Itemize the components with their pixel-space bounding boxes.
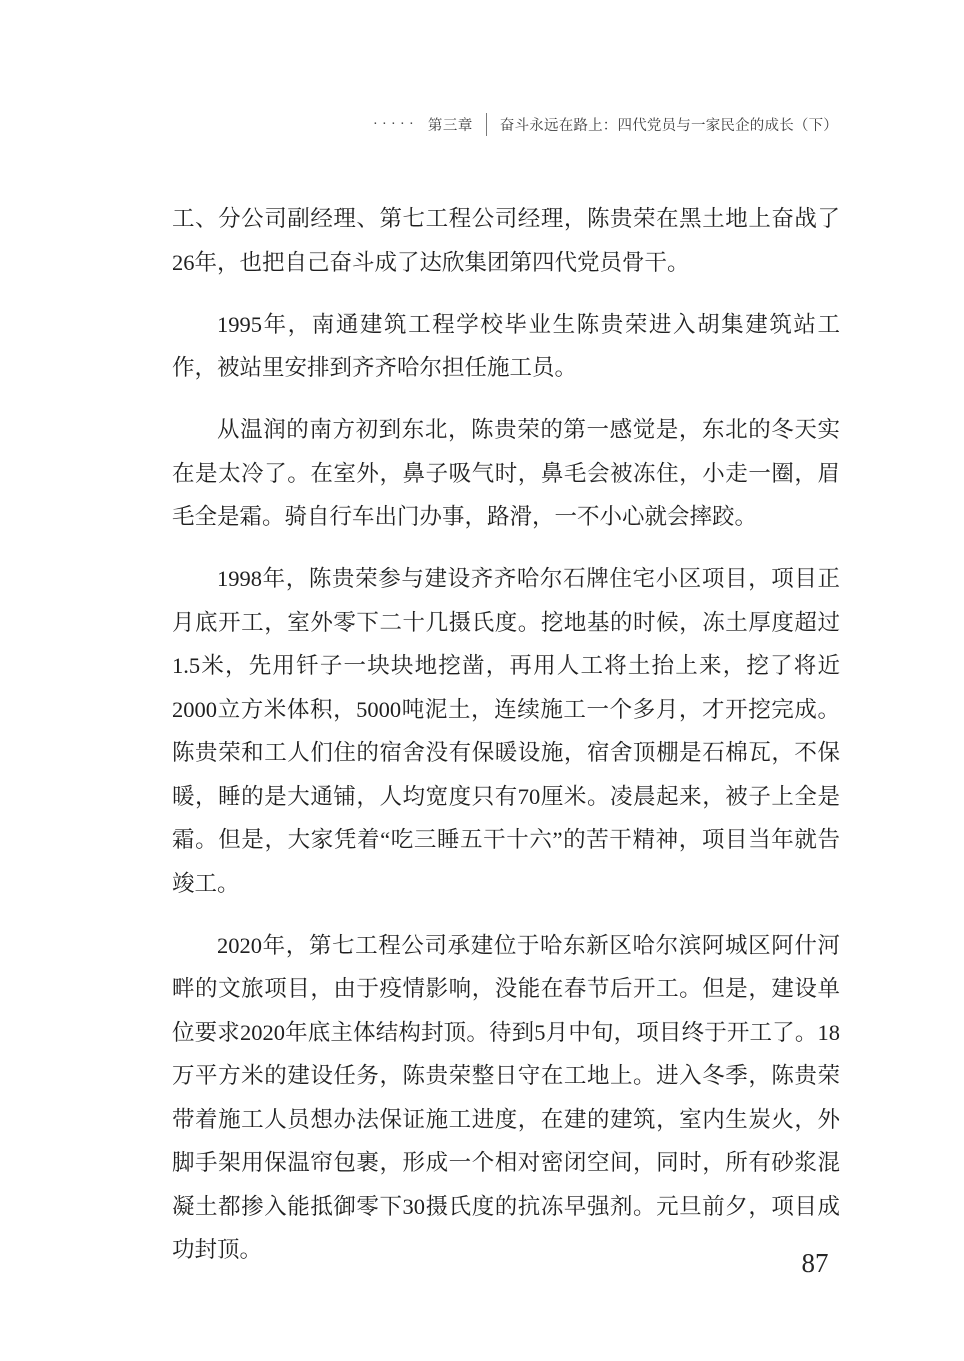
paragraph: 从温润的南方初到东北，陈贵荣的第一感觉是，东北的冬天实在是太冷了。在室外，鼻子吸… [172, 408, 840, 539]
header-divider-line [486, 113, 487, 136]
page-body: 工、分公司副经理、第七工程公司经理，陈贵荣在黑土地上奋战了26年，也把自己奋斗成… [172, 197, 840, 1290]
running-header: ····· 第三章 奋斗永远在路上：四代党员与一家民企的成长（下） [373, 109, 838, 139]
page-number: 87 [790, 1248, 840, 1279]
paragraph: 2020年，第七工程公司承建位于哈东新区哈尔滨阿城区阿什河畔的文旅项目，由于疫情… [172, 924, 840, 1272]
header-dots-decoration: ····· [373, 114, 418, 131]
chapter-label: 第三章 [428, 114, 473, 135]
paragraph: 1998年，陈贵荣参与建设齐齐哈尔石牌住宅小区项目，项目正月底开工，室外零下二十… [172, 557, 840, 905]
paragraph: 工、分公司副经理、第七工程公司经理，陈贵荣在黑土地上奋战了26年，也把自己奋斗成… [172, 197, 840, 284]
paragraph: 1995年，南通建筑工程学校毕业生陈贵荣进入胡集建筑站工作，被站里安排到齐齐哈尔… [172, 303, 840, 390]
chapter-title: 奋斗永远在路上：四代党员与一家民企的成长（下） [500, 114, 838, 135]
book-page: ····· 第三章 奋斗永远在路上：四代党员与一家民企的成长（下） 工、分公司副… [0, 0, 964, 1361]
